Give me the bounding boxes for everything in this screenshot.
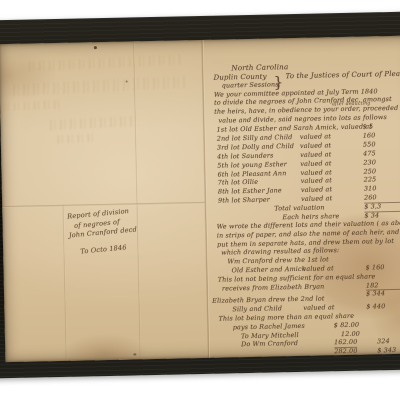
drawing-section: We wrote the different lots and their va… — [217, 218, 400, 349]
docket-fold-crease — [62, 205, 67, 362]
ink-bleed-through — [56, 134, 96, 144]
ink-speck — [94, 46, 97, 49]
receives-text: receives from Elizabeth Bryan — [222, 282, 325, 292]
interlined-insertion: after deducting — [332, 100, 370, 109]
ink-speck — [133, 353, 136, 355]
column-total: 282.00 — [334, 347, 357, 357]
lot-name: 4th lot Saunders — [217, 151, 273, 160]
ink-speck — [126, 81, 128, 83]
total-label: Total valuation — [274, 204, 324, 213]
manuscript-paper: Report of division of negroes of John Cr… — [0, 36, 400, 363]
margin-amount: 324 — [377, 336, 400, 346]
auction-photo: Report of division of negroes of John Cr… — [0, 0, 400, 400]
ink-bleed-through — [12, 76, 187, 96]
lot-name: 6th lot Pleasant Ann — [217, 169, 286, 178]
lot-name: Silly and Child — [232, 305, 282, 314]
picture-frame: Report of division of negroes of John Cr… — [0, 12, 400, 379]
lot-name: 5th lot young Esther — [217, 160, 287, 169]
lot-name: 9th lot Sharper — [218, 196, 270, 205]
report-heading: North Carolina Duplin County } To the Ju… — [213, 61, 400, 125]
ink-bleed-through — [48, 116, 133, 130]
docket-inscription: Report of division of negroes of John Cr… — [67, 205, 151, 257]
lot-valuation-list: 1st lot Old Esther and Sarah Amick, valu… — [215, 122, 400, 224]
horizontal-fold-crease — [2, 202, 205, 208]
ink-bleed-through — [2, 100, 64, 111]
center-fold-crease — [201, 40, 211, 358]
lot-name: 7th lot Ollie — [218, 178, 259, 187]
report-text: North Carolina Duplin County } To the Ju… — [213, 61, 400, 65]
docket-date: To Octo 1846 — [70, 241, 151, 258]
ink-bleed-through — [27, 54, 182, 71]
share-total-amount: $ 343 — [377, 345, 400, 356]
lot-name: 8th lot Esther Jane — [218, 187, 282, 196]
payee-name: Do Wm Cranford — [241, 339, 298, 348]
